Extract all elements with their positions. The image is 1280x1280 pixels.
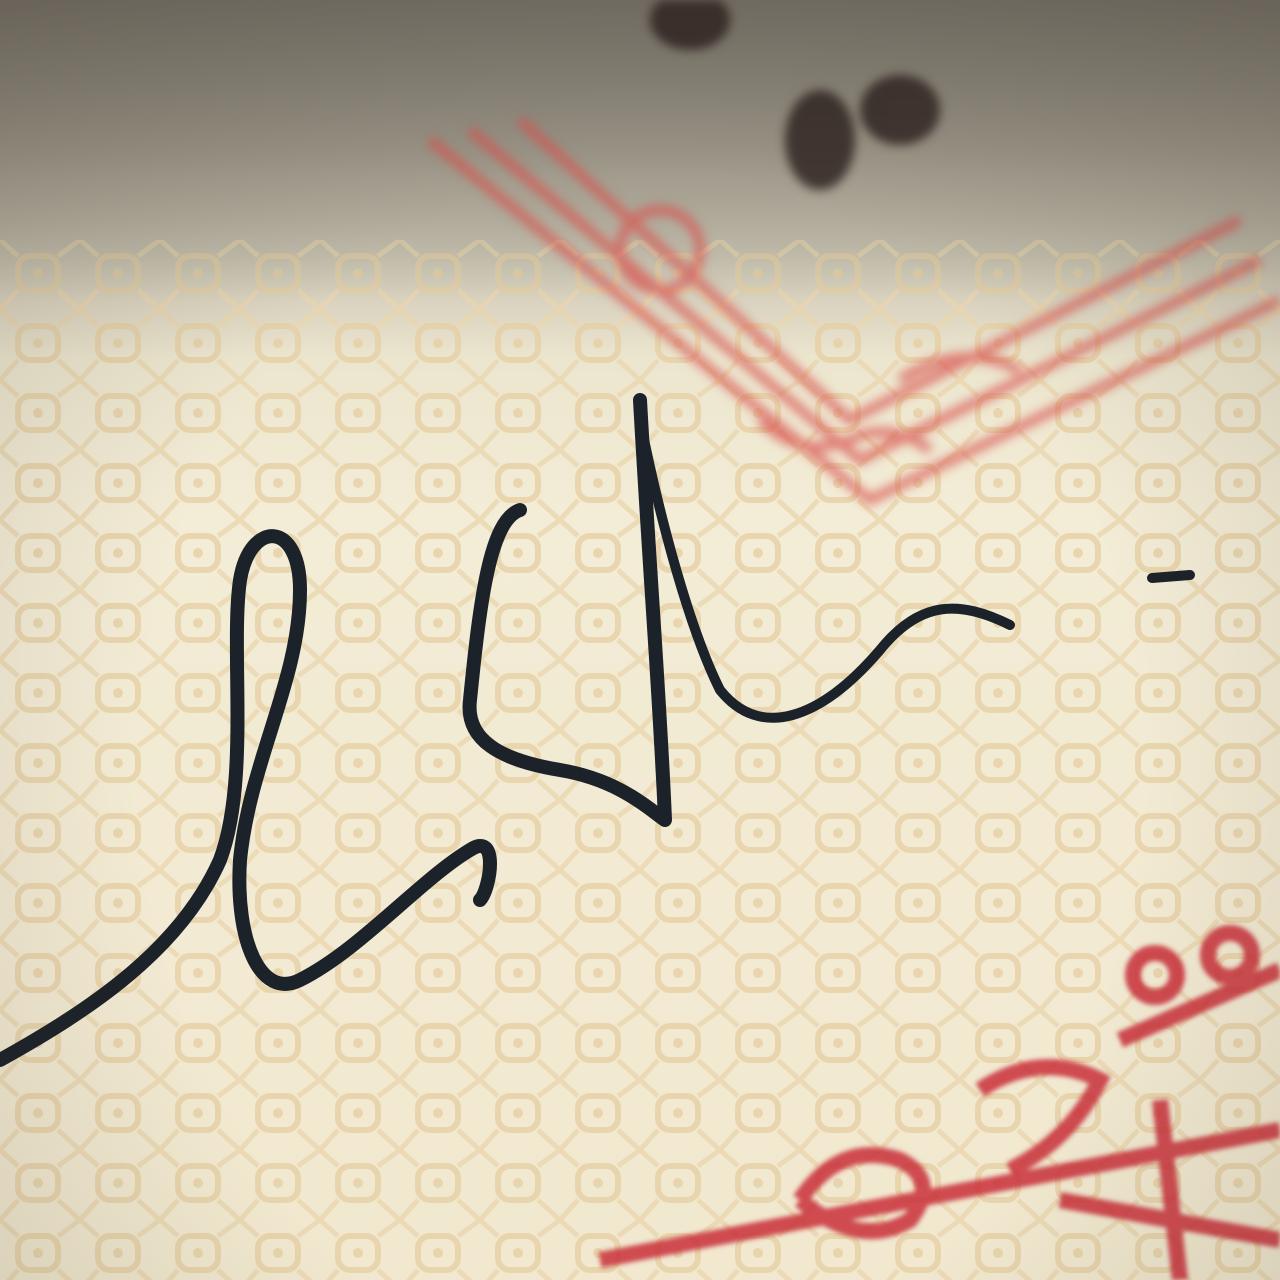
vignette bbox=[0, 0, 1280, 1280]
photo-scene bbox=[0, 0, 1280, 1280]
